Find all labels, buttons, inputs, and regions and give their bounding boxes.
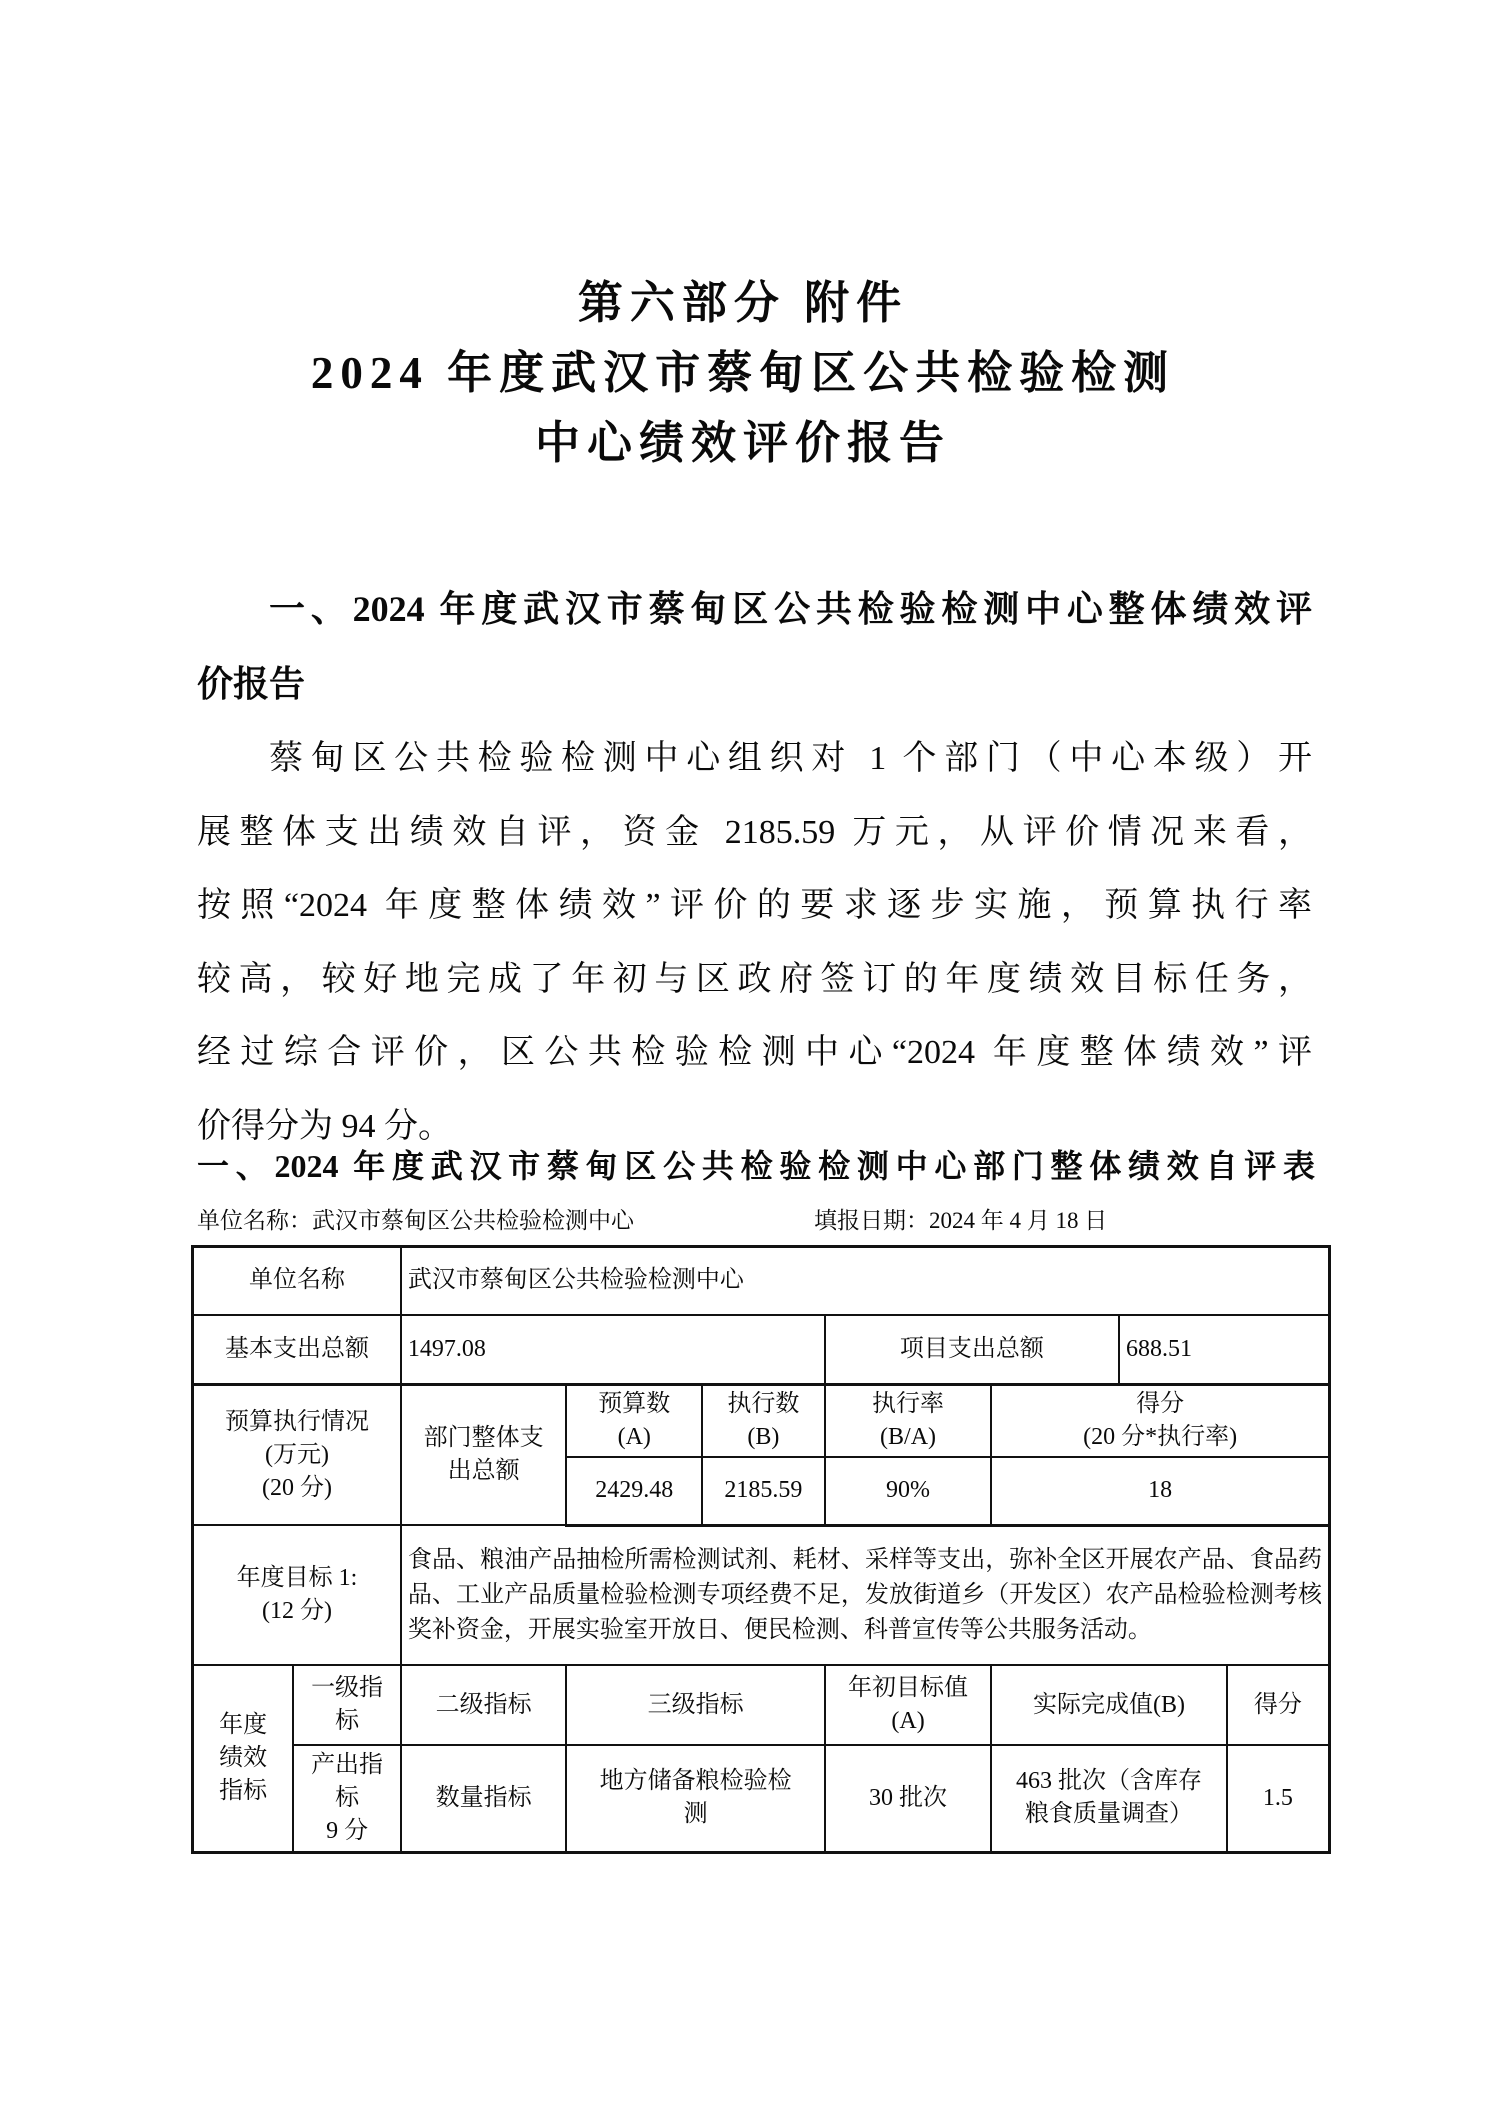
title-line-1: 第六部分 附件 bbox=[0, 268, 1486, 338]
fill-date: 填报日期：2024 年 4 月 18 日 bbox=[814, 1206, 1107, 1236]
table-meta-row: 单位名称：武汉市蔡甸区公共检验检测中心 填报日期：2024 年 4 月 18 日 bbox=[197, 1206, 1315, 1236]
cell-actual-value: 463 批次（含库存 粮食质量调查） bbox=[991, 1745, 1226, 1852]
table-row-unit-name: 单位名称 武汉市蔡甸区公共检验检测中心 bbox=[193, 1247, 1330, 1315]
document-title: 第六部分 附件 2024 年度武汉市蔡甸区公共检验检测 中心绩效评价报告 bbox=[0, 268, 1486, 478]
cell-department-total-label: 部门整体支 出总额 bbox=[401, 1385, 567, 1526]
title-line-2: 2024 年度武汉市蔡甸区公共检验检测 bbox=[0, 338, 1486, 408]
cell-annual-goal-text: 食品、粮油产品抽检所需检测试剂、耗材、采样等支出，弥补全区开展农产品、食品药品、… bbox=[401, 1525, 1330, 1665]
fill-date-label: 填报日期： bbox=[814, 1208, 929, 1233]
paragraph-line: 较高，较好地完成了年初与区政府签订的年度绩效目标任务， bbox=[197, 943, 1312, 1017]
document-page: 第六部分 附件 2024 年度武汉市蔡甸区公共检验检测 中心绩效评价报告 一、2… bbox=[0, 0, 1486, 2103]
cell-target-value: 30 批次 bbox=[825, 1745, 992, 1852]
cell-header-indicator-score: 得分 bbox=[1227, 1665, 1330, 1745]
paragraph-line: 经过综合评价，区公共检验检测中心“2024 年度整体绩效”评 bbox=[197, 1016, 1312, 1090]
cell-budget-execution-label: 预算执行情况 (万元) (20 分) bbox=[193, 1385, 401, 1526]
cell-unit-name-value: 武汉市蔡甸区公共检验检测中心 bbox=[401, 1247, 1330, 1315]
section-heading-line-2: 价报告 bbox=[197, 647, 1312, 722]
table-row-indicator-headers: 年度 绩效 指标 一级指 标 二级指标 三级指标 年初目标值 (A) 实际完成值… bbox=[193, 1665, 1330, 1745]
cell-header-target-value: 年初目标值 (A) bbox=[825, 1665, 992, 1745]
section-heading: 一、2024 年度武汉市蔡甸区公共检验检测中心整体绩效评 价报告 bbox=[197, 572, 1312, 722]
cell-unit-name-label: 单位名称 bbox=[193, 1247, 401, 1315]
performance-self-evaluation-table: 单位名称 武汉市蔡甸区公共检验检测中心 基本支出总额 1497.08 项目支出总… bbox=[191, 1245, 1331, 1854]
cell-executed-amount-value: 2185.59 bbox=[702, 1457, 825, 1525]
fill-date-value: 2024 年 4 月 18 日 bbox=[929, 1208, 1107, 1233]
cell-header-level2: 二级指标 bbox=[401, 1665, 567, 1745]
paragraph-line: 展整体支出绩效自评，资金 2185.59 万元，从评价情况来看， bbox=[197, 796, 1312, 870]
cell-header-score: 得分 (20 分*执行率) bbox=[991, 1385, 1329, 1458]
cell-header-execution-rate: 执行率 (B/A) bbox=[825, 1385, 992, 1458]
cell-header-level3: 三级指标 bbox=[566, 1665, 824, 1745]
table-row-budget-headers: 预算执行情况 (万元) (20 分) 部门整体支 出总额 预算数 (A) 执行数… bbox=[193, 1385, 1330, 1458]
cell-header-level1: 一级指 标 bbox=[293, 1665, 401, 1745]
cell-level3-value: 地方储备粮检验检 测 bbox=[566, 1745, 824, 1852]
table-title: 一、2024 年度武汉市蔡甸区公共检验检测中心部门整体绩效自评表 bbox=[197, 1146, 1315, 1186]
unit-name-label: 单位名称： bbox=[197, 1208, 312, 1233]
cell-header-actual-value: 实际完成值(B) bbox=[991, 1665, 1226, 1745]
cell-level1-value: 产出指 标 9 分 bbox=[293, 1745, 401, 1852]
body-paragraph: 蔡甸区公共检验检测中心组织对 1 个部门（中心本级）开 展整体支出绩效自评，资金… bbox=[197, 722, 1312, 1163]
cell-execution-rate-value: 90% bbox=[825, 1457, 992, 1525]
self-evaluation-table-wrap: 单位名称 武汉市蔡甸区公共检验检测中心 基本支出总额 1497.08 项目支出总… bbox=[191, 1245, 1331, 1854]
table-row-annual-goal: 年度目标 1: (12 分) 食品、粮油产品抽检所需检测试剂、耗材、采样等支出，… bbox=[193, 1525, 1330, 1665]
cell-score-value: 18 bbox=[991, 1457, 1329, 1525]
cell-header-executed-amount: 执行数 (B) bbox=[702, 1385, 825, 1458]
unit-name-value: 武汉市蔡甸区公共检验检测中心 bbox=[312, 1208, 634, 1233]
paragraph-line: 蔡甸区公共检验检测中心组织对 1 个部门（中心本级）开 bbox=[197, 722, 1312, 796]
table-row-expenditure: 基本支出总额 1497.08 项目支出总额 688.51 bbox=[193, 1315, 1330, 1385]
cell-project-expenditure-label: 项目支出总额 bbox=[825, 1315, 1119, 1385]
cell-budget-amount-value: 2429.48 bbox=[566, 1457, 702, 1525]
cell-indicator-score-value: 1.5 bbox=[1227, 1745, 1330, 1852]
cell-header-budget-amount: 预算数 (A) bbox=[566, 1385, 702, 1458]
cell-project-expenditure-value: 688.51 bbox=[1119, 1315, 1330, 1385]
cell-basic-expenditure-value: 1497.08 bbox=[401, 1315, 825, 1385]
cell-level2-value: 数量指标 bbox=[401, 1745, 567, 1852]
section-heading-line-1: 一、2024 年度武汉市蔡甸区公共检验检测中心整体绩效评 bbox=[197, 572, 1312, 647]
cell-indicator-group-label: 年度 绩效 指标 bbox=[193, 1665, 294, 1852]
title-line-3: 中心绩效评价报告 bbox=[0, 408, 1486, 478]
cell-basic-expenditure-label: 基本支出总额 bbox=[193, 1315, 401, 1385]
table-row-indicator-data: 产出指 标 9 分 数量指标 地方储备粮检验检 测 30 批次 463 批次（含… bbox=[193, 1745, 1330, 1852]
cell-annual-goal-label: 年度目标 1: (12 分) bbox=[193, 1525, 401, 1665]
paragraph-line: 按照“2024 年度整体绩效”评价的要求逐步实施，预算执行率 bbox=[197, 869, 1312, 943]
